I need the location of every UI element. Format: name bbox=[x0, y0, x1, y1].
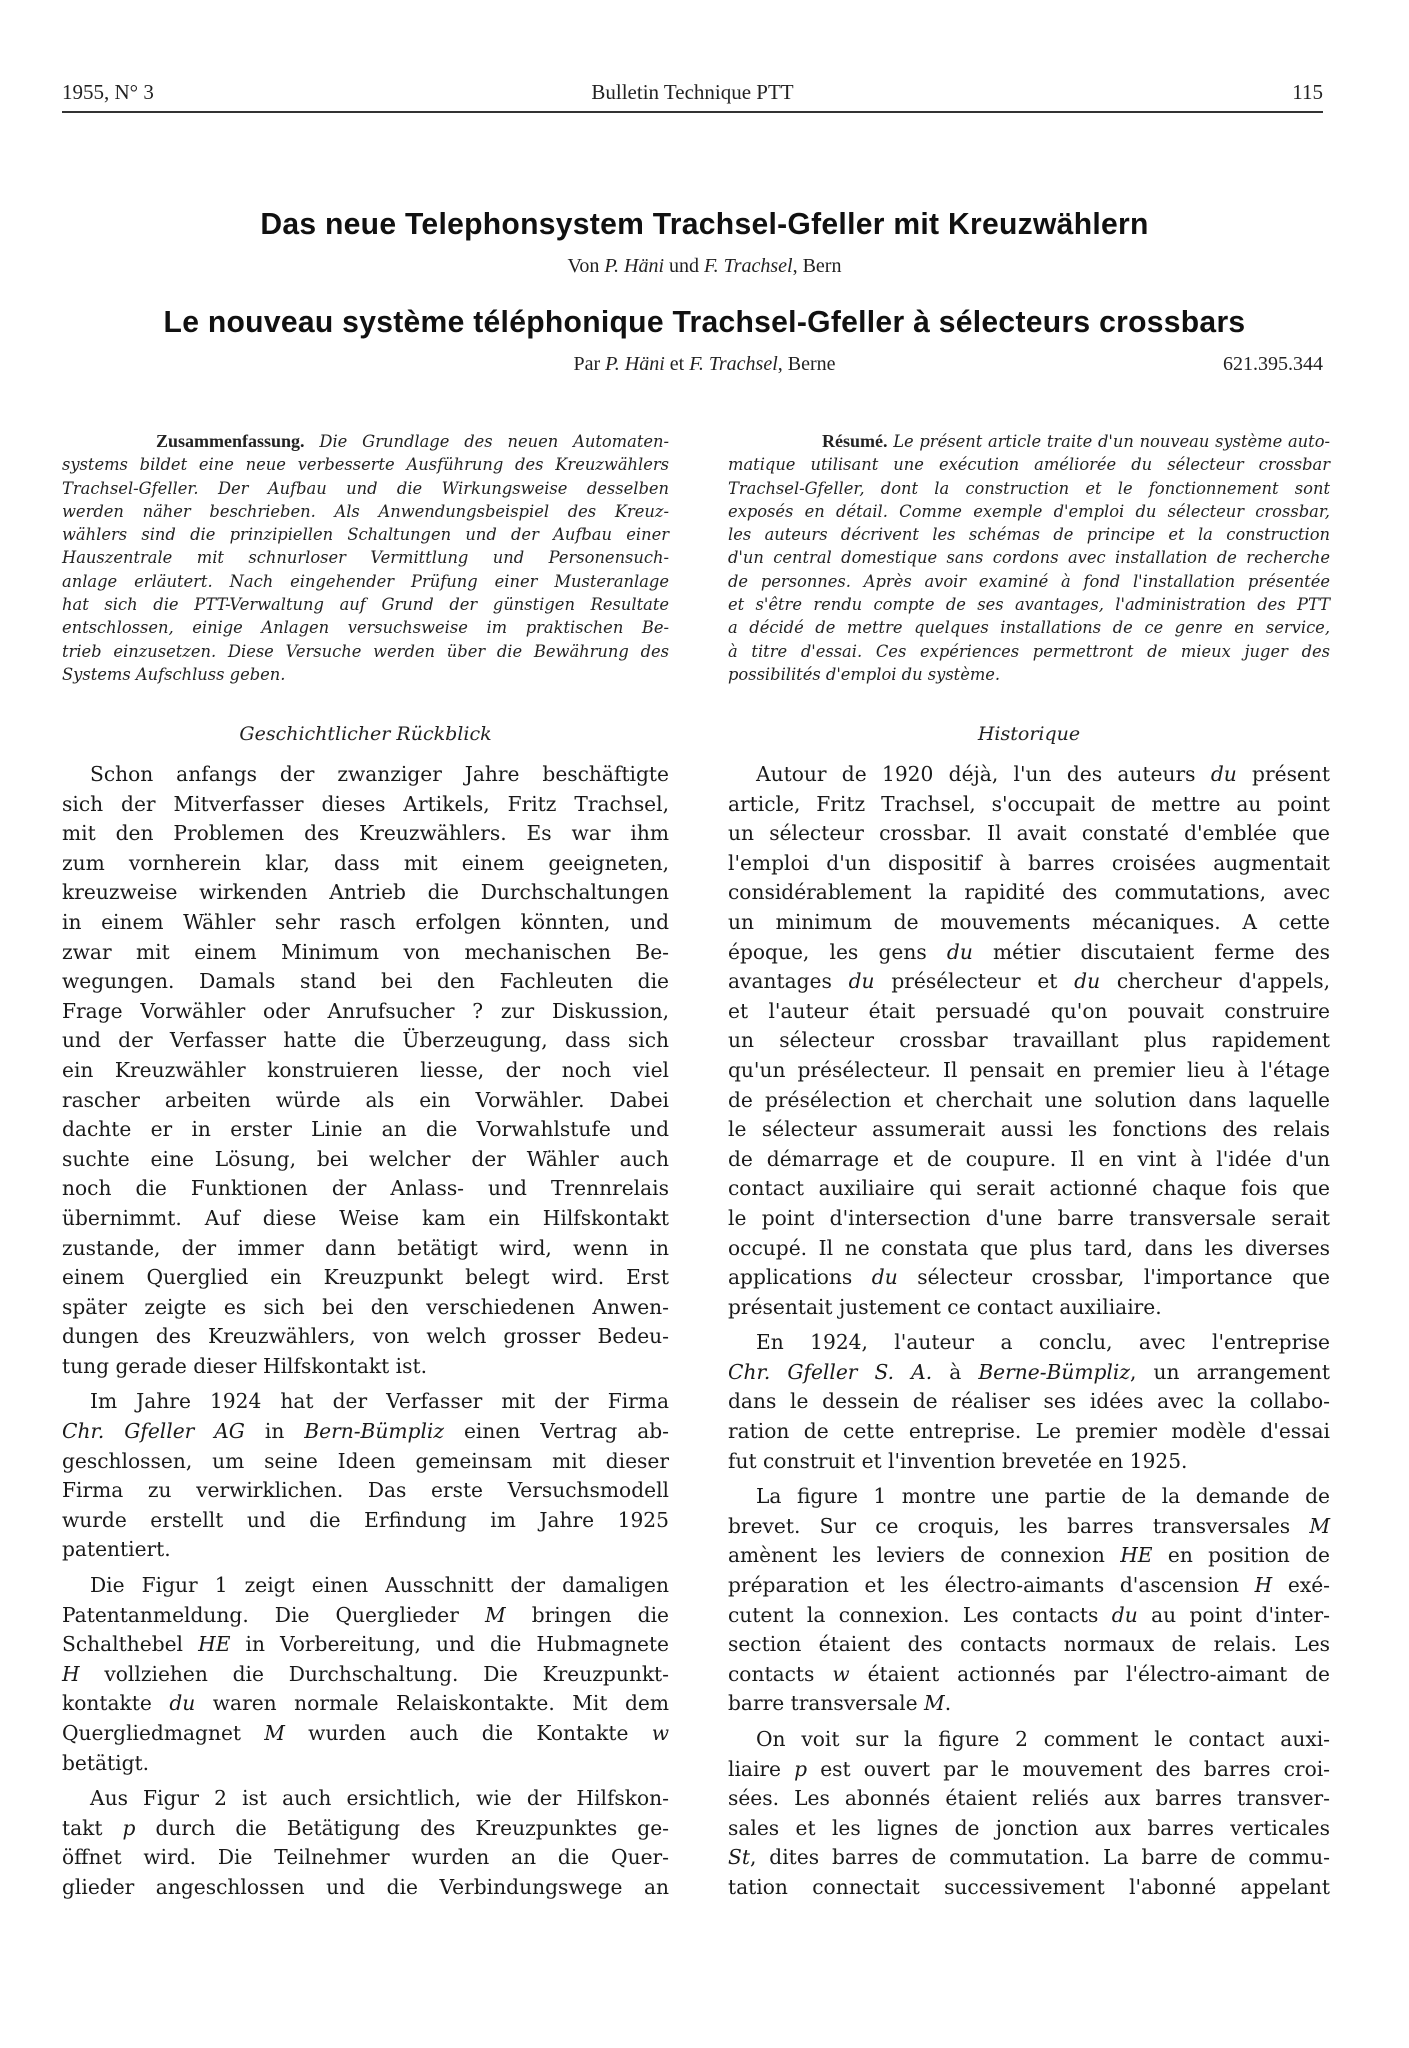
body-text-line: wegungen. Damals stand bei den Fachleute… bbox=[62, 967, 669, 997]
abstract-line-text: de personnes. Après avoir examiné à fond… bbox=[728, 572, 1330, 591]
abstract-german: Zusammenfassung. Die Grundlage des neuen… bbox=[62, 430, 669, 686]
body-text-line: St, dites barres de commutation. La barr… bbox=[728, 1843, 1330, 1873]
body-text-line: dungen des Kreuzwählers, von welch gross… bbox=[62, 1322, 669, 1352]
body-text-line: suchte eine Lösung, bei welcher der Wähl… bbox=[62, 1145, 669, 1175]
abstract-line: Résumé. Le présent article traite d'un n… bbox=[728, 430, 1330, 453]
body-text-line: cutent la connexion. Les contacts du au … bbox=[728, 1601, 1330, 1631]
body-text-line: Quergliedmagnet M wurden auch die Kontak… bbox=[62, 1719, 669, 1749]
body-text-line: zustande, der immer dann betätigt wird, … bbox=[62, 1234, 669, 1264]
body-text-line: takt p durch die Betätigung des Kreuzpun… bbox=[62, 1814, 669, 1844]
abstract-line-text: werden näher beschrieben. Als Anwendungs… bbox=[62, 502, 669, 521]
body-text-line: dachte er in erster Linie an die Vorwahl… bbox=[62, 1115, 669, 1145]
abstract-line: a décidé de mettre quelques installation… bbox=[728, 616, 1330, 639]
abstract-line: Hauszentrale mit schnurloser Vermittlung… bbox=[62, 546, 669, 569]
abstract-line-text: Systems Aufschluss geben. bbox=[62, 665, 285, 684]
abstract-lead-label: Résumé. bbox=[822, 431, 888, 451]
byline-french: Par P. Häni et F. Trachsel, Berne bbox=[0, 353, 1409, 376]
body-text-line: ein Kreuzwähler konstruieren liesse, der… bbox=[62, 1056, 669, 1086]
body-text-line: Aus Figur 2 ist auch ersichtlich, wie de… bbox=[62, 1784, 669, 1814]
abstract-line: Systems Aufschluss geben. bbox=[62, 663, 669, 686]
abstract-line-text: wählers sind die prinzipiellen Schaltung… bbox=[62, 525, 669, 544]
abstract-french: Résumé. Le présent article traite d'un n… bbox=[728, 430, 1330, 686]
body-text-line: de présélection et cherchait une solutio… bbox=[728, 1086, 1330, 1116]
author-name: F. Trachsel bbox=[704, 255, 793, 277]
abstract-line: d'un central domestique sans cordons ave… bbox=[728, 546, 1330, 569]
body-text-line: kontakte du waren normale Relaiskontakte… bbox=[62, 1689, 669, 1719]
body-text-line: zum vornherein klar, dass mit einem geei… bbox=[62, 849, 669, 879]
byline-location: , Berne bbox=[778, 353, 836, 375]
body-text-line: barre transversale M. bbox=[728, 1689, 1330, 1719]
byline-conjunction: und bbox=[664, 255, 704, 277]
section-heading-french: Historique bbox=[728, 723, 1330, 745]
body-text-line: und der Verfasser hatte die Überzeugung,… bbox=[62, 1026, 669, 1056]
body-text-line: Die Figur 1 zeigt einen Ausschnitt der d… bbox=[62, 1571, 669, 1601]
abstract-line-text: à titre d'essai. Ces expériences permett… bbox=[728, 642, 1330, 661]
body-text-line: sées. Les abonnés étaient reliés aux bar… bbox=[728, 1784, 1330, 1814]
author-name: P. Häni bbox=[604, 255, 664, 277]
body-text-line: Firma zu verwirklichen. Das erste Versuc… bbox=[62, 1476, 669, 1506]
body-text-line: dans le dessein de réaliser ses idées av… bbox=[728, 1387, 1330, 1417]
abstract-lead-label: Zusammenfassung. bbox=[156, 431, 305, 451]
abstract-line-text: exposés en détail. Comme exemple d'emplo… bbox=[728, 502, 1330, 521]
abstract-line: systems bildet eine neue verbesserte Aus… bbox=[62, 453, 669, 476]
body-text-line: brevet. Sur ce croquis, les barres trans… bbox=[728, 1512, 1330, 1542]
body-text-line: La figure 1 montre une partie de la dema… bbox=[728, 1482, 1330, 1512]
abstract-line: matique utilisant une exécution amélioré… bbox=[728, 453, 1330, 476]
body-text-line: rascher arbeiten würde als ein Vorwähler… bbox=[62, 1086, 669, 1116]
body-text-line: Chr. Gfeller S. A. à Berne-Bümpliz, un a… bbox=[728, 1358, 1330, 1388]
body-text-line: amènent les leviers de connexion HE en p… bbox=[728, 1541, 1330, 1571]
abstract-line-text: a décidé de mettre quelques installation… bbox=[728, 618, 1330, 637]
abstract-line: hat sich die PTT-Verwaltung auf Grund de… bbox=[62, 593, 669, 616]
body-text-line: section étaient des contacts normaux de … bbox=[728, 1630, 1330, 1660]
abstract-line-text: entschlossen, einige Anlagen versuchswei… bbox=[62, 618, 669, 637]
body-text-line: sales et les lignes de jonction aux barr… bbox=[728, 1814, 1330, 1844]
body-text-line: zwar mit einem Minimum von mechanischen … bbox=[62, 938, 669, 968]
abstract-line-text: Trachsel-Gfeller, dont la construction e… bbox=[728, 479, 1330, 498]
body-text-line: Chr. Gfeller AG in Bern-Bümpliz einen Ve… bbox=[62, 1417, 669, 1447]
body-text-line: un sélecteur crossbar travaillant plus r… bbox=[728, 1026, 1330, 1056]
abstract-line: entschlossen, einige Anlagen versuchswei… bbox=[62, 616, 669, 639]
running-head: 1955, N° 3 Bulletin Technique PTT 115 bbox=[62, 80, 1323, 110]
body-text-line: En 1924, l'auteur a conclu, avec l'entre… bbox=[728, 1328, 1330, 1358]
body-text-line: tation connectait successivement l'abonn… bbox=[728, 1873, 1330, 1903]
body-text-line: Patentanmeldung. Die Querglieder M bring… bbox=[62, 1601, 669, 1631]
body-text-line: présentait justement ce contact auxiliai… bbox=[728, 1293, 1330, 1323]
author-name: F. Trachsel bbox=[689, 353, 778, 375]
body-text-line: öffnet wird. Die Teilnehmer wurden an di… bbox=[62, 1843, 669, 1873]
body-text-line: später zeigte es sich bei den verschiede… bbox=[62, 1293, 669, 1323]
abstract-line: les auteurs décrivent les schémas de pri… bbox=[728, 523, 1330, 546]
abstract-line: exposés en détail. Comme exemple d'emplo… bbox=[728, 500, 1330, 523]
body-text-line: geschlossen, um seine Ideen gemeinsam mi… bbox=[62, 1447, 669, 1477]
body-text-line: betätigt. bbox=[62, 1749, 669, 1779]
abstract-line: wählers sind die prinzipiellen Schaltung… bbox=[62, 523, 669, 546]
body-text-line: considérablement la rapidité des commuta… bbox=[728, 878, 1330, 908]
body-column-german: Schon anfangs der zwanziger Jahre beschä… bbox=[62, 760, 669, 1903]
journal-title: Bulletin Technique PTT bbox=[62, 80, 1323, 105]
abstract-line: de personnes. Après avoir examiné à fond… bbox=[728, 570, 1330, 593]
body-text-line: un sélecteur crossbar. Il avait constaté… bbox=[728, 819, 1330, 849]
abstract-line-text: les auteurs décrivent les schémas de pri… bbox=[728, 525, 1330, 544]
abstract-line-text: anlage erläutert. Nach eingehender Prüfu… bbox=[62, 572, 669, 591]
body-text-line: le sélecteur assumerait aussi les foncti… bbox=[728, 1115, 1330, 1145]
body-text-line: übernimmt. Auf diese Weise kam ein Hilfs… bbox=[62, 1204, 669, 1234]
abstract-line: trieb einzusetzen. Diese Versuche werden… bbox=[62, 640, 669, 663]
abstract-line-text: hat sich die PTT-Verwaltung auf Grund de… bbox=[62, 595, 669, 614]
abstract-line: possibilités d'emploi du système. bbox=[728, 663, 1330, 686]
byline-conjunction: et bbox=[665, 353, 689, 375]
section-heading-german: Geschichtlicher Rückblick bbox=[62, 723, 669, 745]
body-text-line: glieder angeschlossen und die Verbindung… bbox=[62, 1873, 669, 1903]
abstract-line-text: Hauszentrale mit schnurloser Vermittlung… bbox=[62, 548, 669, 567]
byline-prefix: Von bbox=[568, 255, 605, 277]
body-text-line: kreuzweise wirkenden Antrieb die Durchsc… bbox=[62, 878, 669, 908]
abstract-line: à titre d'essai. Ces expériences permett… bbox=[728, 640, 1330, 663]
byline-german: Von P. Häni und F. Trachsel, Bern bbox=[0, 255, 1409, 278]
body-text-line: einem Querglied ein Kreuzpunkt belegt wi… bbox=[62, 1263, 669, 1293]
body-text-line: qu'un présélecteur. Il pensait en premie… bbox=[728, 1056, 1330, 1086]
abstract-line-text: matique utilisant une exécution amélioré… bbox=[728, 455, 1330, 474]
body-text-line: occupé. Il ne constata que plus tard, da… bbox=[728, 1234, 1330, 1264]
header-rule-divider bbox=[62, 111, 1323, 113]
body-text-line: l'emploi d'un dispositif à barres croisé… bbox=[728, 849, 1330, 879]
body-text-line: in einem Wähler sehr rasch erfolgen könn… bbox=[62, 908, 669, 938]
body-text-line: de démarrage et de coupure. Il en vint à… bbox=[728, 1145, 1330, 1175]
body-text-line: wurde erstellt und die Erfindung im Jahr… bbox=[62, 1506, 669, 1536]
body-text-line: Schalthebel HE in Vorbereitung, und die … bbox=[62, 1630, 669, 1660]
body-text-line: liaire p est ouvert par le mouvement des… bbox=[728, 1755, 1330, 1785]
abstract-line: Trachsel-Gfeller. Der Aufbau und die Wir… bbox=[62, 477, 669, 500]
abstract-line-text: Trachsel-Gfeller. Der Aufbau und die Wir… bbox=[62, 479, 669, 498]
body-text-line: H vollziehen die Durchschaltung. Die Kre… bbox=[62, 1660, 669, 1690]
abstract-line: werden näher beschrieben. Als Anwendungs… bbox=[62, 500, 669, 523]
abstract-line-text: systems bildet eine neue verbesserte Aus… bbox=[62, 455, 669, 474]
article-title-french: Le nouveau système téléphonique Trachsel… bbox=[60, 304, 1349, 340]
body-text-line: époque, les gens du métier discutaient f… bbox=[728, 938, 1330, 968]
body-text-line: tung gerade dieser Hilfskontakt ist. bbox=[62, 1352, 669, 1382]
body-text-line: On voit sur la figure 2 comment le conta… bbox=[728, 1725, 1330, 1755]
page-number: 115 bbox=[1292, 80, 1323, 105]
body-text-line: mit den Problemen des Kreuzwählers. Es w… bbox=[62, 819, 669, 849]
author-name: P. Häni bbox=[605, 353, 665, 375]
byline-prefix: Par bbox=[573, 353, 605, 375]
abstract-line: Trachsel-Gfeller, dont la construction e… bbox=[728, 477, 1330, 500]
abstract-line-text: Die Grundlage des neuen Automaten- bbox=[305, 432, 669, 451]
body-column-french: Autour de 1920 déjà, l'un des auteurs du… bbox=[728, 760, 1330, 1903]
abstract-line-text: et s'être rendu compte de ses avantages,… bbox=[728, 595, 1330, 614]
body-text-line: le point d'intersection d'une barre tran… bbox=[728, 1204, 1330, 1234]
byline-location: , Bern bbox=[793, 255, 842, 277]
abstract-line: anlage erläutert. Nach eingehender Prüfu… bbox=[62, 570, 669, 593]
body-text-line: Schon anfangs der zwanziger Jahre beschä… bbox=[62, 760, 669, 790]
body-text-line: article, Fritz Trachsel, s'occupait de m… bbox=[728, 790, 1330, 820]
body-text-line: Autour de 1920 déjà, l'un des auteurs du… bbox=[728, 760, 1330, 790]
body-text-line: avantages du présélecteur et du chercheu… bbox=[728, 967, 1330, 997]
body-text-line: Frage Vorwähler oder Anrufsucher ? zur D… bbox=[62, 997, 669, 1027]
abstract-line-text: trieb einzusetzen. Diese Versuche werden… bbox=[62, 642, 669, 661]
body-text-line: fut construit et l'invention brevetée en… bbox=[728, 1447, 1330, 1477]
abstract-line-text: Le présent article traite d'un nouveau s… bbox=[888, 432, 1331, 451]
abstract-line: et s'être rendu compte de ses avantages,… bbox=[728, 593, 1330, 616]
body-text-line: préparation et les électro-aimants d'asc… bbox=[728, 1571, 1330, 1601]
body-text-line: contacts w étaient actionnés par l'élect… bbox=[728, 1660, 1330, 1690]
abstract-line-text: d'un central domestique sans cordons ave… bbox=[728, 548, 1330, 567]
abstract-line-text: possibilités d'emploi du système. bbox=[728, 665, 1000, 684]
abstract-line: Zusammenfassung. Die Grundlage des neuen… bbox=[62, 430, 669, 453]
article-title-german: Das neue Telephonsystem Trachsel-Gfeller… bbox=[21, 206, 1388, 242]
body-text-line: noch die Funktionen der Anlass- und Tren… bbox=[62, 1174, 669, 1204]
body-text-line: contact auxiliaire qui serait actionné c… bbox=[728, 1174, 1330, 1204]
body-text-line: un minimum de mouvements mécaniques. A c… bbox=[728, 908, 1330, 938]
body-text-line: applications du sélecteur crossbar, l'im… bbox=[728, 1263, 1330, 1293]
body-text-line: patentiert. bbox=[62, 1535, 669, 1565]
body-text-line: Im Jahre 1924 hat der Verfasser mit der … bbox=[62, 1387, 669, 1417]
body-text-line: et l'auteur était persuadé qu'on pouvait… bbox=[728, 997, 1330, 1027]
body-text-line: ration de cette entreprise. Le premier m… bbox=[728, 1417, 1330, 1447]
udc-classification-code: 621.395.344 bbox=[1223, 353, 1323, 376]
body-text-line: sich der Mitverfasser dieses Artikels, F… bbox=[62, 790, 669, 820]
